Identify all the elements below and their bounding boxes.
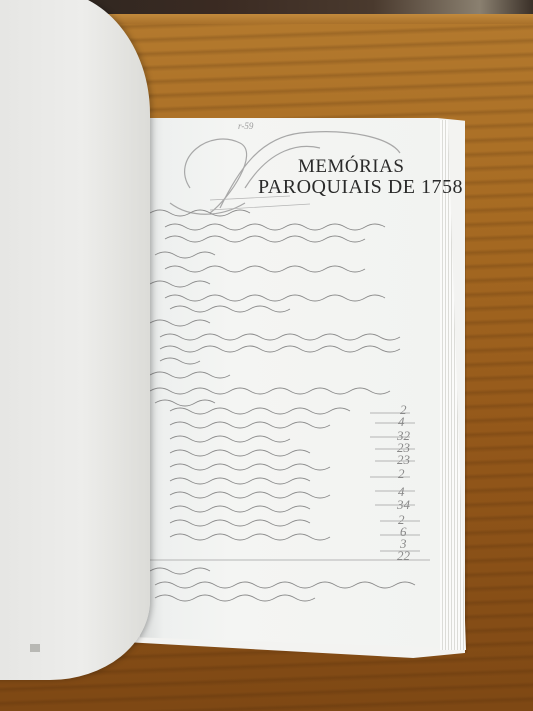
title-line-2: PAROQUIAIS DE 1758 <box>258 176 463 199</box>
title-line-1: MEMÓRIAS <box>298 156 404 178</box>
tally-number: 34 <box>397 497 410 513</box>
tally-number: 22 <box>397 548 410 564</box>
page-mark <box>30 644 40 652</box>
manuscript-text <box>150 205 435 605</box>
manuscript-page-number: r-59 <box>238 121 253 131</box>
left-page-curled <box>0 0 150 680</box>
tally-number: 2 <box>398 466 405 482</box>
